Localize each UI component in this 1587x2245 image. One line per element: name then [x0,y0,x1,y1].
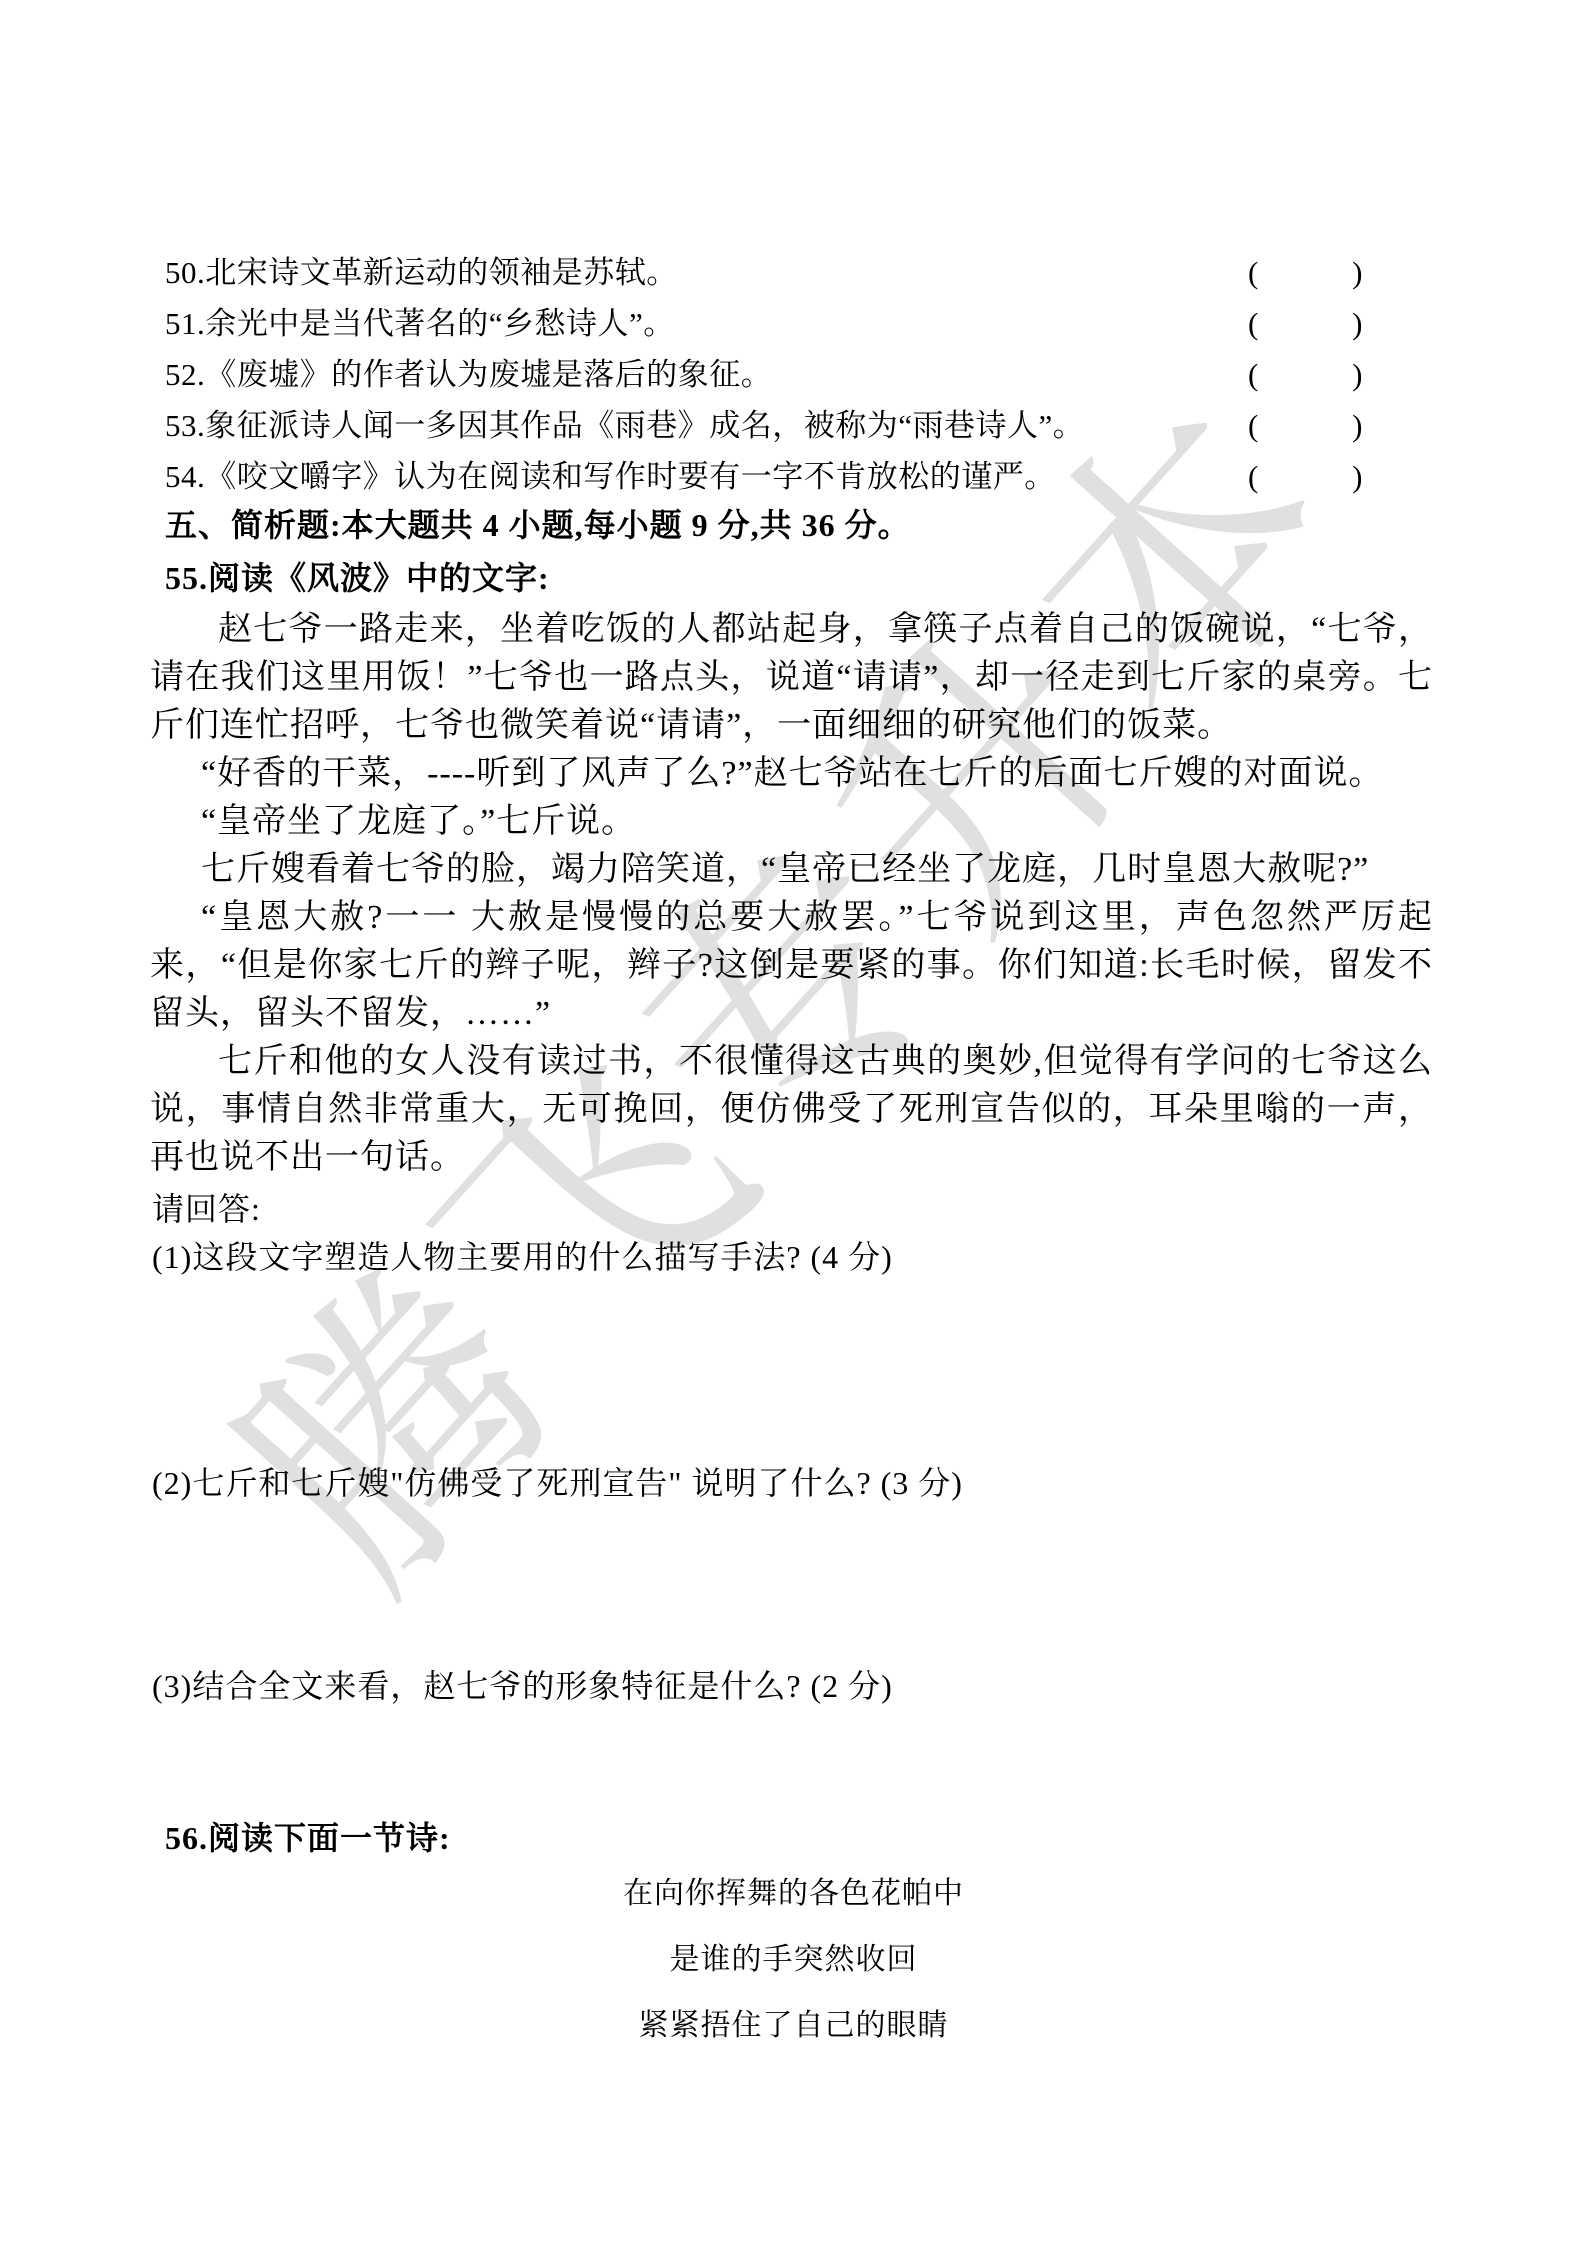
answer-brackets: ( ) [1248,247,1363,298]
question-number: 54. [165,459,205,494]
sub-question-2: (2)七斤和七斤嫂"仿佛受了死刑宣告" 说明了什么? (3 分) [152,1458,963,1504]
poem-line-3: 紧紧捂住了自己的眼睛 [0,1993,1587,2059]
poem-line-1: 在向你挥舞的各色花帕中 [0,1861,1587,1927]
question-56-title: 56.阅读下面一节诗: [165,1813,451,1859]
page-content: 50.北宋诗文革新运动的领袖是苏轼。 ( ) 51.余光中是当代著名的“乡愁诗人… [0,0,1587,2245]
question-number: 53. [165,408,205,443]
passage-paragraph-3: “皇帝坐了龙庭了。”七斤说。 [150,798,1433,846]
sub-question-3: (3)结合全文来看，赵七爷的形象特征是什么? (2 分) [152,1661,893,1707]
answer-prompt: 请回答: [152,1184,261,1230]
reading-passage: 赵七爷一路走来，坐着吃饭的人都站起身，拿筷子点着自己的饭碗说，“七爷，请在我们这… [150,606,1433,1182]
close-paren: ) [1352,298,1363,349]
question-text: 北宋诗文革新运动的领袖是苏轼。 [205,255,678,290]
question-number: 51. [165,306,205,341]
question-55-title: 55.阅读《风波》中的文字: [165,553,550,599]
passage-paragraph-6: 七斤和他的女人没有读过书，不很懂得这古典的奥妙,但觉得有学问的七爷这么说，事情自… [150,1038,1433,1182]
true-false-question-52: 52.《废墟》的作者认为废墟是落后的象征。 ( ) [165,349,1587,400]
passage-paragraph-4: 七斤嫂看着七爷的脸，竭力陪笑道，“皇帝已经坐了龙庭，几时皇恩大赦呢?” [150,846,1433,894]
open-paren: ( [1248,247,1259,298]
question-number: 50. [165,255,205,290]
question-text: 《废墟》的作者认为废墟是落后的象征。 [205,357,772,392]
poem-stanza: 在向你挥舞的各色花帕中 是谁的手突然收回 紧紧捂住了自己的眼睛 [0,1861,1587,2059]
passage-paragraph-1: 赵七爷一路走来，坐着吃饭的人都站起身，拿筷子点着自己的饭碗说，“七爷，请在我们这… [150,606,1433,750]
poem-line-2: 是谁的手突然收回 [0,1927,1587,1993]
true-false-question-54: 54.《咬文嚼字》认为在阅读和写作时要有一字不肯放松的谨严。 ( ) [165,451,1587,502]
true-false-question-53: 53.象征派诗人闻一多因其作品《雨巷》成名，被称为“雨巷诗人”。 ( ) [165,400,1587,451]
true-false-question-50: 50.北宋诗文革新运动的领袖是苏轼。 ( ) [165,247,1587,298]
true-false-question-51: 51.余光中是当代著名的“乡愁诗人”。 ( ) [165,298,1587,349]
close-paren: ) [1352,400,1363,451]
question-text: 余光中是当代著名的“乡愁诗人”。 [205,306,675,341]
passage-paragraph-2: “好香的干菜，----听到了风声了么?”赵七爷站在七斤的后面七斤嫂的对面说。 [150,750,1433,798]
open-paren: ( [1248,451,1259,502]
question-text: 象征派诗人闻一多因其作品《雨巷》成名，被称为“雨巷诗人”。 [205,408,1084,443]
passage-paragraph-5: “皇恩大赦?一一 大赦是慢慢的总要大赦罢。”七爷说到这里，声色忽然严厉起来，“但… [150,894,1433,1038]
exam-page: 腾飞专升本 50.北宋诗文革新运动的领袖是苏轼。 ( ) 51.余光中是当代著名… [0,0,1587,2245]
open-paren: ( [1248,400,1259,451]
close-paren: ) [1352,349,1363,400]
answer-brackets: ( ) [1248,400,1363,451]
answer-brackets: ( ) [1248,451,1363,502]
true-false-question-list: 50.北宋诗文革新运动的领袖是苏轼。 ( ) 51.余光中是当代著名的“乡愁诗人… [165,247,1587,502]
answer-brackets: ( ) [1248,298,1363,349]
close-paren: ) [1352,247,1363,298]
question-text: 《咬文嚼字》认为在阅读和写作时要有一字不肯放松的谨严。 [205,459,1056,494]
close-paren: ) [1352,451,1363,502]
question-number: 52. [165,357,205,392]
open-paren: ( [1248,298,1259,349]
sub-question-1: (1)这段文字塑造人物主要用的什么描写手法? (4 分) [152,1232,893,1278]
open-paren: ( [1248,349,1259,400]
section-5-header: 五、简析题:本大题共 4 小题,每小题 9 分,共 36 分。 [165,500,911,546]
answer-brackets: ( ) [1248,349,1363,400]
